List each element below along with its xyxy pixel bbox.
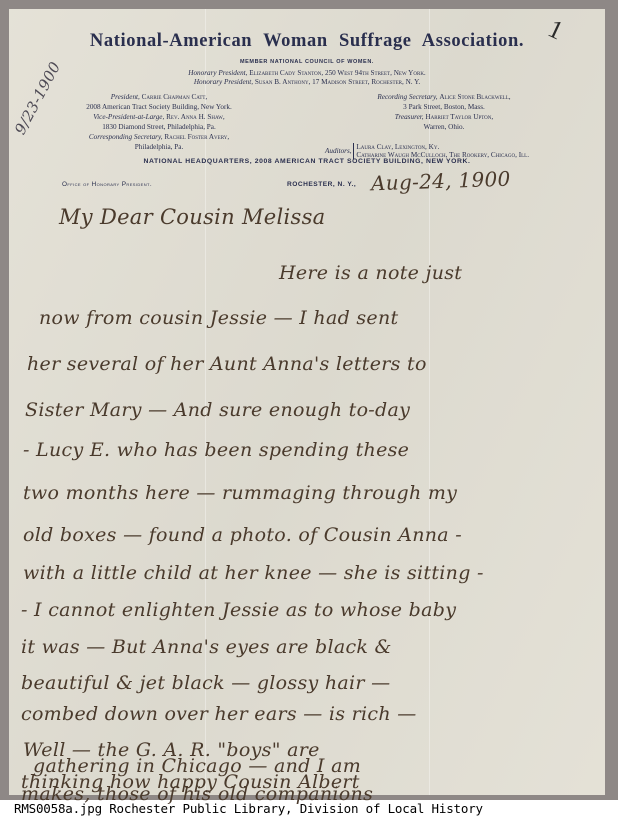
honorary-president-2: Honorary President, Susan B. Anthony, 17… <box>9 78 605 86</box>
letter-line: - I cannot enlighten Jessie as to whose … <box>21 599 456 621</box>
city-label: ROCHESTER, N. Y., <box>287 181 356 188</box>
letter-line: her several of her Aunt Anna's letters t… <box>27 353 427 375</box>
letter-line: it was — But Anna's eyes are black & <box>21 636 392 658</box>
letter-page: 1 9/23-1900 National-American Woman Suff… <box>9 9 605 795</box>
officer-vice-president: Vice-President-at-Large, Rev. Anna H. Sh… <box>69 112 249 122</box>
letter-date: Aug-24, 1900 <box>371 167 511 196</box>
officers-right: Recording Secretary, Alice Stone Blackwe… <box>349 92 539 132</box>
letter-line: Here is a note just <box>279 262 462 284</box>
letter-line: beautiful & jet black — glossy hair — <box>21 672 390 694</box>
letter-line: combed down over her ears — is rich — <box>21 703 417 725</box>
scan-background: 1 9/23-1900 National-American Woman Suff… <box>0 0 618 800</box>
letter-line: Sister Mary — And sure enough to-day <box>25 399 410 421</box>
officers-left: President, Carrie Chapman Catt, 2008 Ame… <box>69 92 249 152</box>
officer-recording-secretary: Recording Secretary, Alice Stone Blackwe… <box>349 92 539 102</box>
office-label: Office of Honorary President. <box>62 181 152 188</box>
letter-line: two months here — rummaging through my <box>23 482 457 504</box>
honorary-president-1: Honorary President, Elizabeth Cady Stant… <box>9 69 605 77</box>
letter-line: - Lucy E. who has been spending these <box>23 439 409 461</box>
officer-president: President, Carrie Chapman Catt, <box>69 92 249 102</box>
auditors: Auditors, Laura Clay, Lexington, Ky. Cat… <box>325 143 529 159</box>
letter-line: with a little child at her knee — she is… <box>23 562 484 584</box>
image-caption: RMS0058a.jpg Rochester Public Library, D… <box>14 800 483 818</box>
officer-corresponding-secretary: Corresponding Secretary, Rachel Foster A… <box>69 132 249 142</box>
letter-line: old boxes — found a photo. of Cousin Ann… <box>23 524 462 546</box>
member-line: MEMBER NATIONAL COUNCIL OF WOMEN. <box>9 59 605 65</box>
association-title: National-American Woman Suffrage Associa… <box>9 31 605 52</box>
headquarters-line: NATIONAL HEADQUARTERS, 2008 AMERICAN TRA… <box>9 158 605 165</box>
letter-line: now from cousin Jessie — I had sent <box>39 307 398 329</box>
officer-treasurer: Treasurer, Harriet Taylor Upton, <box>349 112 539 122</box>
salutation: My Dear Cousin Melissa <box>59 205 326 229</box>
